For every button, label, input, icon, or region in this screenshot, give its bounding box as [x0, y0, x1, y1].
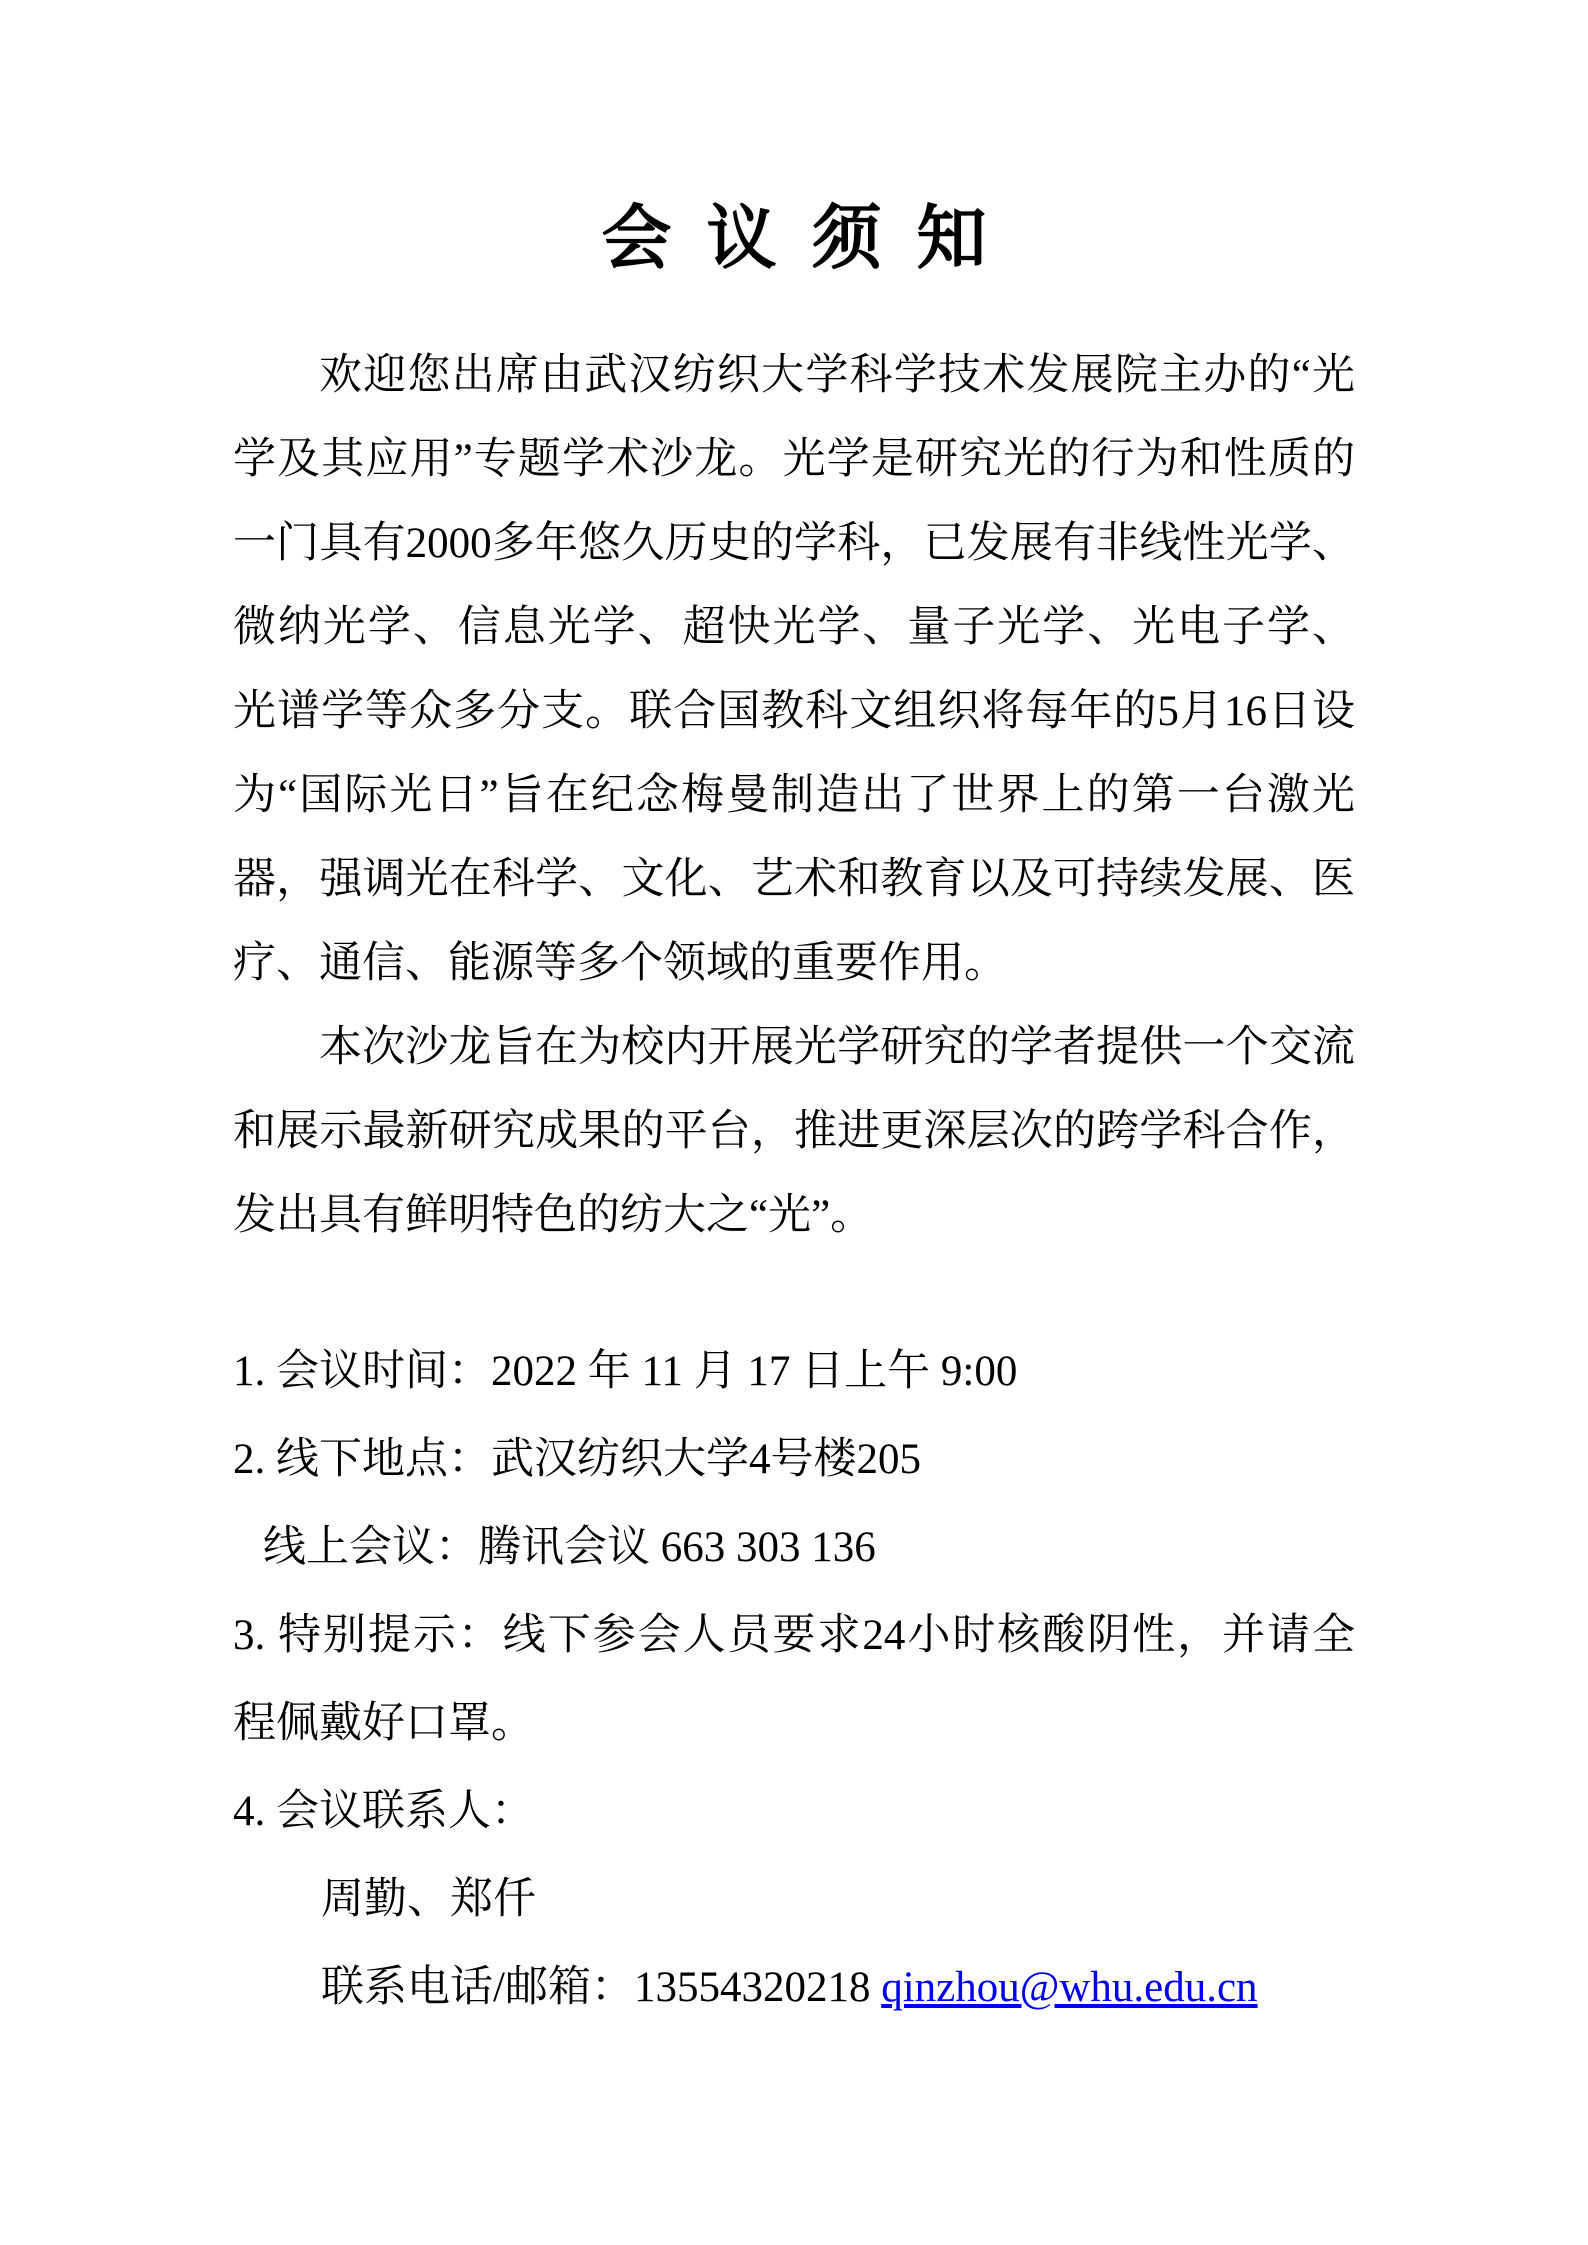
paragraph-line: 一门具有2000多年悠久历史的学科，已发展有非线性光学、 — [233, 502, 1355, 586]
paragraph-purpose: 本次沙龙旨在为校内开展光学研究的学者提供一个交流 和展示最新研究成果的平台，推进… — [233, 1006, 1355, 1258]
list-item-meeting-time: 1. 会议时间：2022 年 11 月 17 日上午 9:00 — [233, 1328, 1355, 1416]
list-item-special-note-line1: 3. 特别提示：线下参会人员要求24小时核酸阴性，并请全 — [233, 1592, 1355, 1680]
document-body: 欢迎您出席由武汉纺织大学科学技术发展院主办的“光 学及其应用”专题学术沙龙。光学… — [233, 334, 1355, 2032]
list-item-offline-location: 2. 线下地点：武汉纺织大学4号楼205 — [233, 1416, 1355, 1504]
paragraph-line: 发出具有鲜明特色的纺大之“光”。 — [233, 1174, 1355, 1258]
contact-phone: 13554320218 — [634, 1964, 881, 2011]
paragraph-line: 欢迎您出席由武汉纺织大学科学技术发展院主办的“光 — [233, 334, 1355, 418]
contact-info-label: 联系电话/邮箱： — [321, 1964, 634, 2011]
paragraph-line: 本次沙龙旨在为校内开展光学研究的学者提供一个交流 — [233, 1006, 1355, 1090]
document-page: 会议须知 欢迎您出席由武汉纺织大学科学技术发展院主办的“光 学及其应用”专题学术… — [0, 0, 1588, 2245]
paragraph-line: 和展示最新研究成果的平台，推进更深层次的跨学科合作， — [233, 1090, 1355, 1174]
list-item-contacts-heading: 4. 会议联系人： — [233, 1768, 1355, 1856]
notice-list: 1. 会议时间：2022 年 11 月 17 日上午 9:00 2. 线下地点：… — [233, 1328, 1355, 2032]
contact-names: 周勤、郑仟 — [233, 1856, 1355, 1944]
list-item-online-meeting: 线上会议：腾讯会议 663 303 136 — [233, 1504, 1355, 1592]
paragraph-line: 微纳光学、信息光学、超快光学、量子光学、光电子学、 — [233, 586, 1355, 670]
paragraph-line: 疗、通信、能源等多个领域的重要作用。 — [233, 922, 1355, 1006]
paragraph-line: 光谱学等众多分支。联合国教科文组织将每年的5月16日设 — [233, 670, 1355, 754]
paragraph-line: 为“国际光日”旨在纪念梅曼制造出了世界上的第一台激光 — [233, 754, 1355, 838]
paragraph-welcome: 欢迎您出席由武汉纺织大学科学技术发展院主办的“光 学及其应用”专题学术沙龙。光学… — [233, 334, 1355, 1006]
contact-info-line: 联系电话/邮箱：13554320218 qinzhou@whu.edu.cn — [233, 1944, 1355, 2032]
contact-email-link[interactable]: qinzhou@whu.edu.cn — [881, 1964, 1257, 2011]
paragraph-line: 学及其应用”专题学术沙龙。光学是研究光的行为和性质的 — [233, 418, 1355, 502]
page-title: 会议须知 — [0, 182, 1588, 283]
paragraph-line: 器，强调光在科学、文化、艺术和教育以及可持续发展、医 — [233, 838, 1355, 922]
list-item-special-note-line2: 程佩戴好口罩。 — [233, 1680, 1355, 1768]
